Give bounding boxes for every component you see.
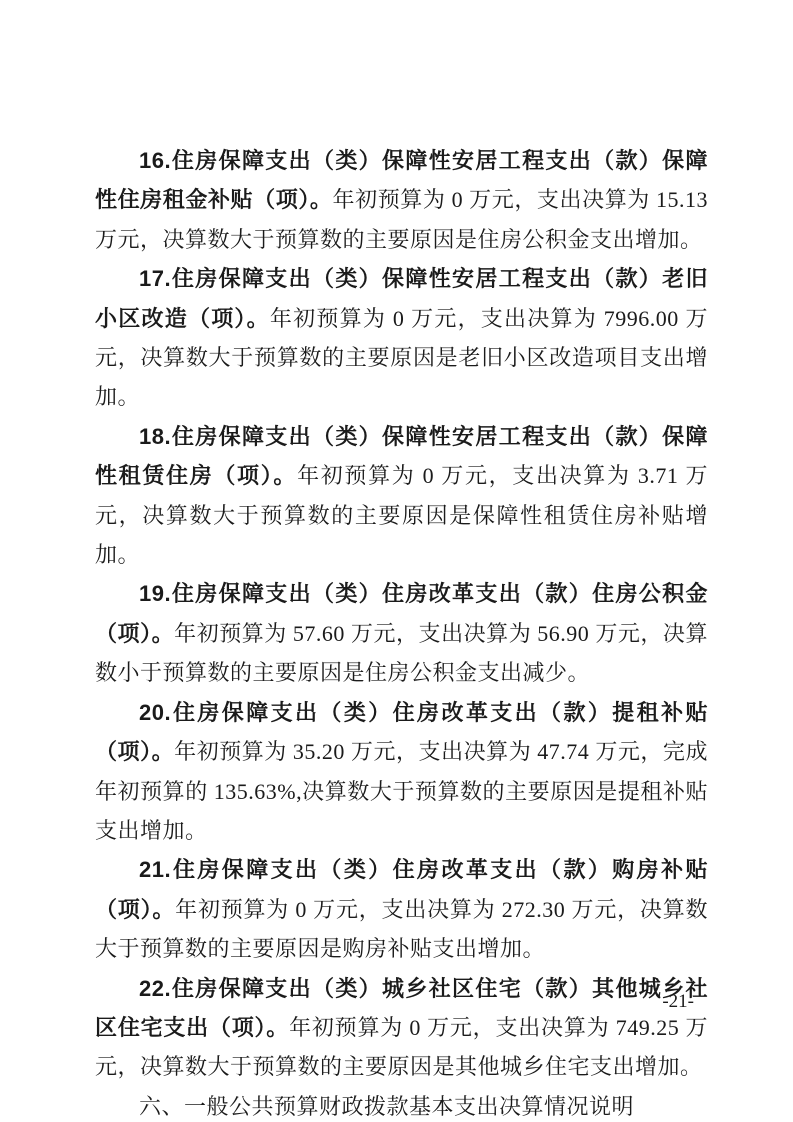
paragraph-19-body: 年初预算为 57.60 万元，支出决算为 56.90 万元，决算数小于预算数的主… <box>95 621 708 685</box>
paragraph-item-22: 22.住房保障支出（类）城乡社区住宅（款）其他城乡社区住宅支出（项）。年初预算为… <box>95 969 708 1087</box>
document-page: 16.住房保障支出（类）保障性安居工程支出（款）保障性住房租金补贴（项）。年初预… <box>0 0 793 1122</box>
section-heading-six: 六、一般公共预算财政拨款基本支出决算情况说明 <box>95 1087 708 1122</box>
document-body: 16.住房保障支出（类）保障性安居工程支出（款）保障性住房租金补贴（项）。年初预… <box>95 141 708 1122</box>
paragraph-item-18: 18.住房保障支出（类）保障性安居工程支出（款）保障性租赁住房（项）。年初预算为… <box>95 417 708 575</box>
paragraph-item-21: 21.住房保障支出（类）住房改革支出（款）购房补贴（项）。年初预算为 0 万元，… <box>95 850 708 968</box>
paragraph-20-body: 年初预算为 35.20 万元，支出决算为 47.74 万元，完成年初预算的 13… <box>95 739 708 843</box>
paragraph-item-20: 20.住房保障支出（类）住房改革支出（款）提租补贴（项）。年初预算为 35.20… <box>95 693 708 851</box>
paragraph-21-body: 年初预算为 0 万元，支出决算为 272.30 万元，决算数大于预算数的主要原因… <box>95 897 708 961</box>
page-number: -21- <box>662 991 694 1013</box>
paragraph-item-17: 17.住房保障支出（类）保障性安居工程支出（款）老旧小区改造（项）。年初预算为 … <box>95 259 708 417</box>
paragraph-item-19: 19.住房保障支出（类）住房改革支出（款）住房公积金（项）。年初预算为 57.6… <box>95 574 708 692</box>
paragraph-item-16: 16.住房保障支出（类）保障性安居工程支出（款）保障性住房租金补贴（项）。年初预… <box>95 141 708 259</box>
